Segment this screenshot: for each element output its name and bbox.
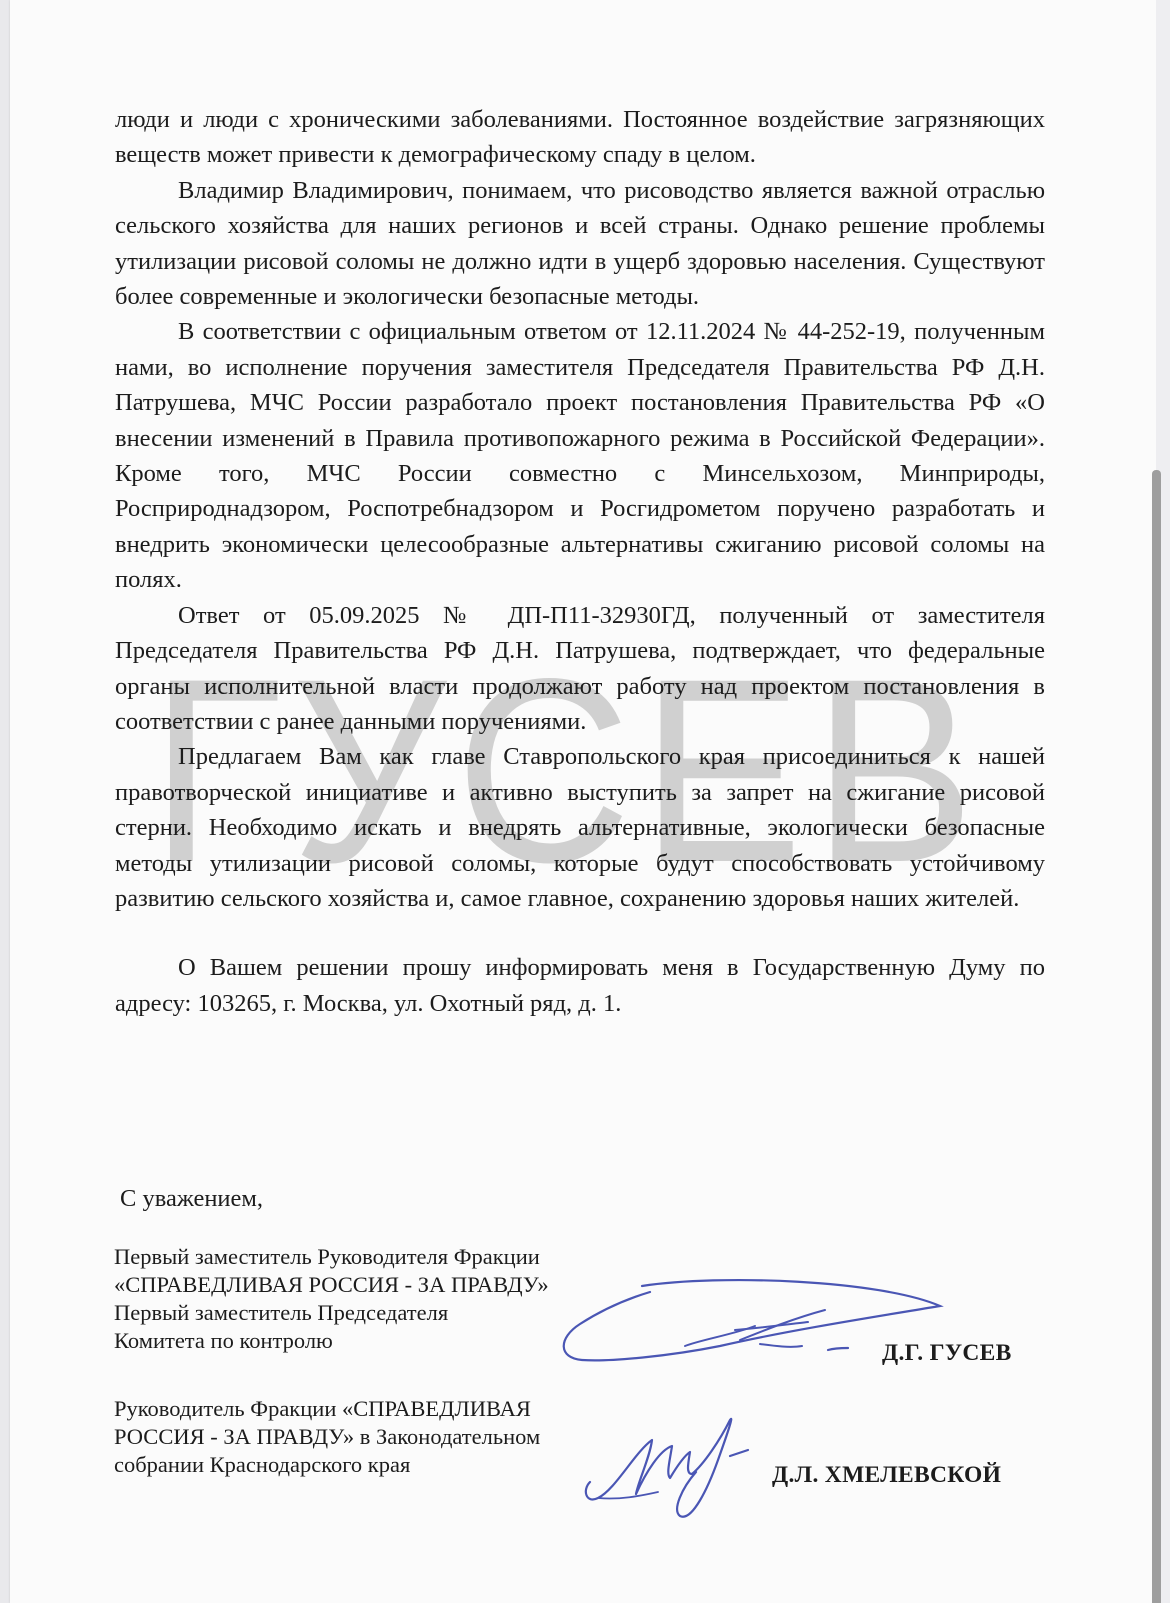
signatory-2-name: Д.Л. ХМЕЛЕВСКОЙ [772,1462,1001,1489]
signatory-2-title: Руководитель Фракции «СПРАВЕДЛИВАЯ РОССИ… [114,1395,540,1479]
closing-salutation: С уважением, [120,1181,263,1216]
paragraph-2: Владимир Владимирович, понимаем, что рис… [115,173,1045,315]
signatory-1-title-line: «СПРАВЕДЛИВАЯ РОССИЯ - ЗА ПРАВДУ» [114,1271,549,1299]
spacer [115,916,1045,950]
signatory-2-title-line: РОССИЯ - ЗА ПРАВДУ» в Законодательном [114,1423,540,1451]
letter-body: люди и люди с хроническими заболеваниями… [115,102,1045,1021]
scrollbar-thumb[interactable] [1152,470,1161,1603]
signatory-1-title: Первый заместитель Руководителя Фракции … [114,1243,549,1355]
signatory-1-title-line: Первый заместитель Председателя [114,1299,549,1327]
paragraph-4: Ответ от 05.09.2025 № ДП-П11-32930ГД, по… [115,598,1045,740]
signatory-1-title-line: Первый заместитель Руководителя Фракции [114,1243,549,1271]
signatory-1-title-line: Комитета по контролю [114,1327,549,1355]
signatory-2-title-line: собрании Краснодарского края [114,1451,540,1479]
document-page: ГУСЕВ люди и люди с хроническими заболев… [10,0,1162,1603]
paragraph-1: люди и люди с хроническими заболеваниями… [115,102,1045,173]
paragraph-3: В соответствии с официальным ответом от … [115,314,1045,597]
signatory-2-title-line: Руководитель Фракции «СПРАВЕДЛИВАЯ [114,1395,540,1423]
handwritten-signature-gusev-icon [550,1278,950,1373]
paragraph-6: О Вашем решении прошу информировать меня… [115,950,1045,1021]
paragraph-5: Предлагаем Вам как главе Ставропольского… [115,739,1045,916]
handwritten-signature-khmelevskoy-icon [580,1412,760,1532]
